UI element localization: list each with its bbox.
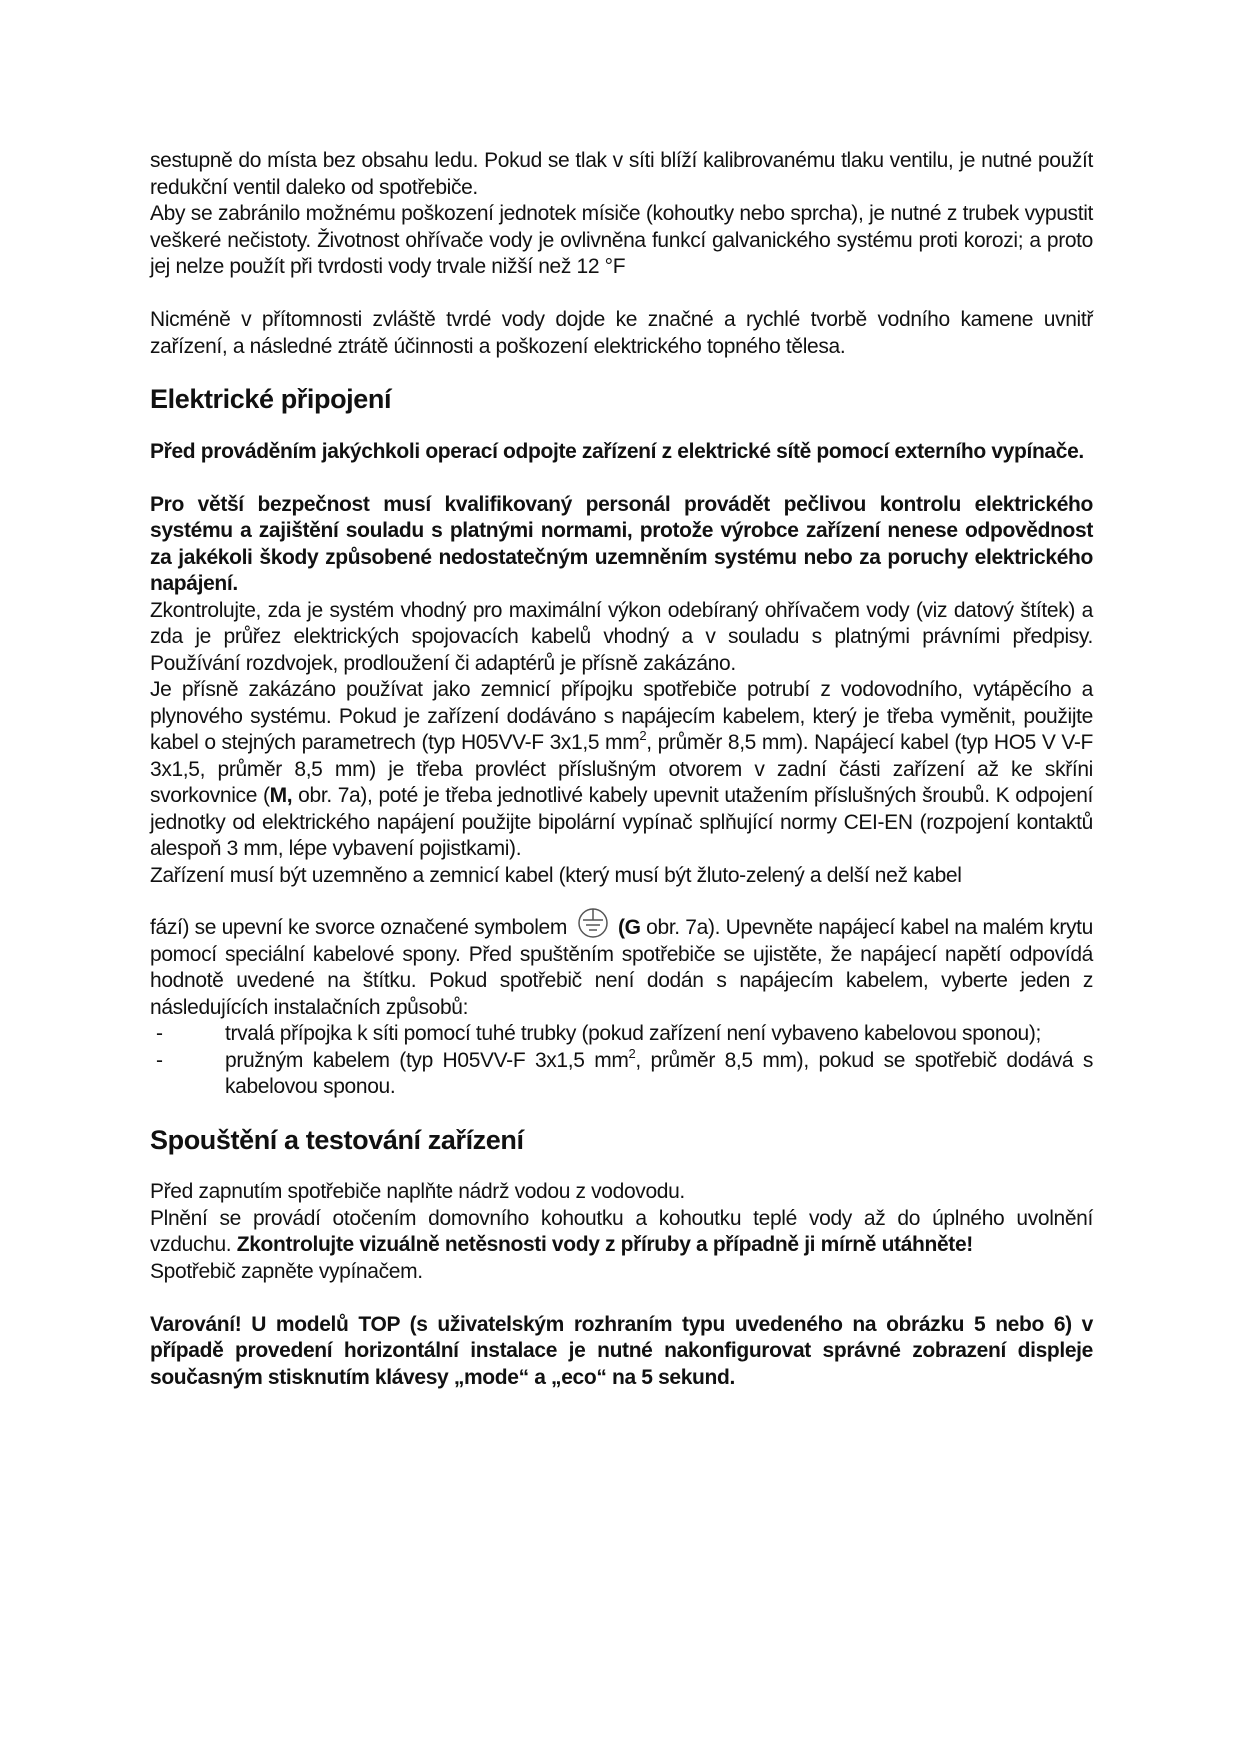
list-marker: - [156, 1021, 163, 1048]
startup-paragraph-2: Plnění se provádí otočením domovního koh… [150, 1206, 1093, 1259]
text-run: Zařízení musí být uzemněno a zemnicí kab… [150, 864, 962, 887]
text-run: fází) se upevní ke svorce označené symbo… [150, 916, 567, 939]
installation-methods-list: -trvalá přípojka k síti pomocí tuhé trub… [150, 1021, 1093, 1101]
bold-label-g: (G [618, 916, 641, 939]
electrical-warning-safety: Pro větší bezpečnost musí kvalifikovaný … [150, 492, 1093, 598]
list-item-text: pružným kabelem (typ H05VV-F 3x1,5 mm [225, 1049, 629, 1072]
text-run: obr. 7a), poté je třeba jednotlivé kabel… [150, 784, 1093, 860]
list-item: -trvalá přípojka k síti pomocí tuhé trub… [150, 1021, 1093, 1048]
heading-electrical-connection: Elektrické připojení [150, 386, 1093, 413]
grounding-paragraph: Zařízení musí být uzemněno a zemnicí kab… [150, 863, 1093, 890]
intro-paragraph-2: Aby se zabránilo možnému poškození jedno… [150, 201, 1093, 281]
grounding-paragraph-cont: fází) se upevní ke svorce označené symbo… [150, 904, 1093, 1021]
heading-startup-testing: Spouštění a testování zařízení [150, 1127, 1093, 1154]
list-item-text: trvalá přípojka k síti pomocí tuhé trubk… [225, 1022, 1041, 1045]
spacer [150, 465, 1093, 492]
intro-paragraph-3: Nicméně v přítomnosti zvláště tvrdé vody… [150, 307, 1093, 360]
document-page: sestupně do místa bez obsahu ledu. Pokud… [150, 148, 1093, 1391]
spacer [150, 281, 1093, 308]
spacer [150, 1285, 1093, 1312]
intro-paragraph-1: sestupně do místa bez obsahu ledu. Pokud… [150, 148, 1093, 201]
electrical-warning-disconnect: Před prováděním jakýchkoli operací odpoj… [150, 439, 1093, 466]
list-item: -pružným kabelem (typ H05VV-F 3x1,5 mm2,… [150, 1048, 1093, 1101]
bold-label-m: M, [270, 784, 293, 807]
electrical-check-paragraph: Zkontrolujte, zda je systém vhodný pro m… [150, 598, 1093, 678]
list-marker: - [156, 1048, 163, 1075]
startup-warning: Varování! U modelů TOP (s uživatelským r… [150, 1312, 1093, 1392]
protective-earth-icon [575, 904, 611, 940]
startup-paragraph-1: Před zapnutím spotřebiče naplňte nádrž v… [150, 1179, 1093, 1206]
bold-text-run: Zkontrolujte vizuálně netěsnosti vody z … [237, 1233, 973, 1256]
startup-paragraph-3: Spotřebič zapněte vypínačem. [150, 1259, 1093, 1286]
electrical-forbidden-paragraph: Je přísně zakázáno používat jako zemnicí… [150, 677, 1093, 863]
